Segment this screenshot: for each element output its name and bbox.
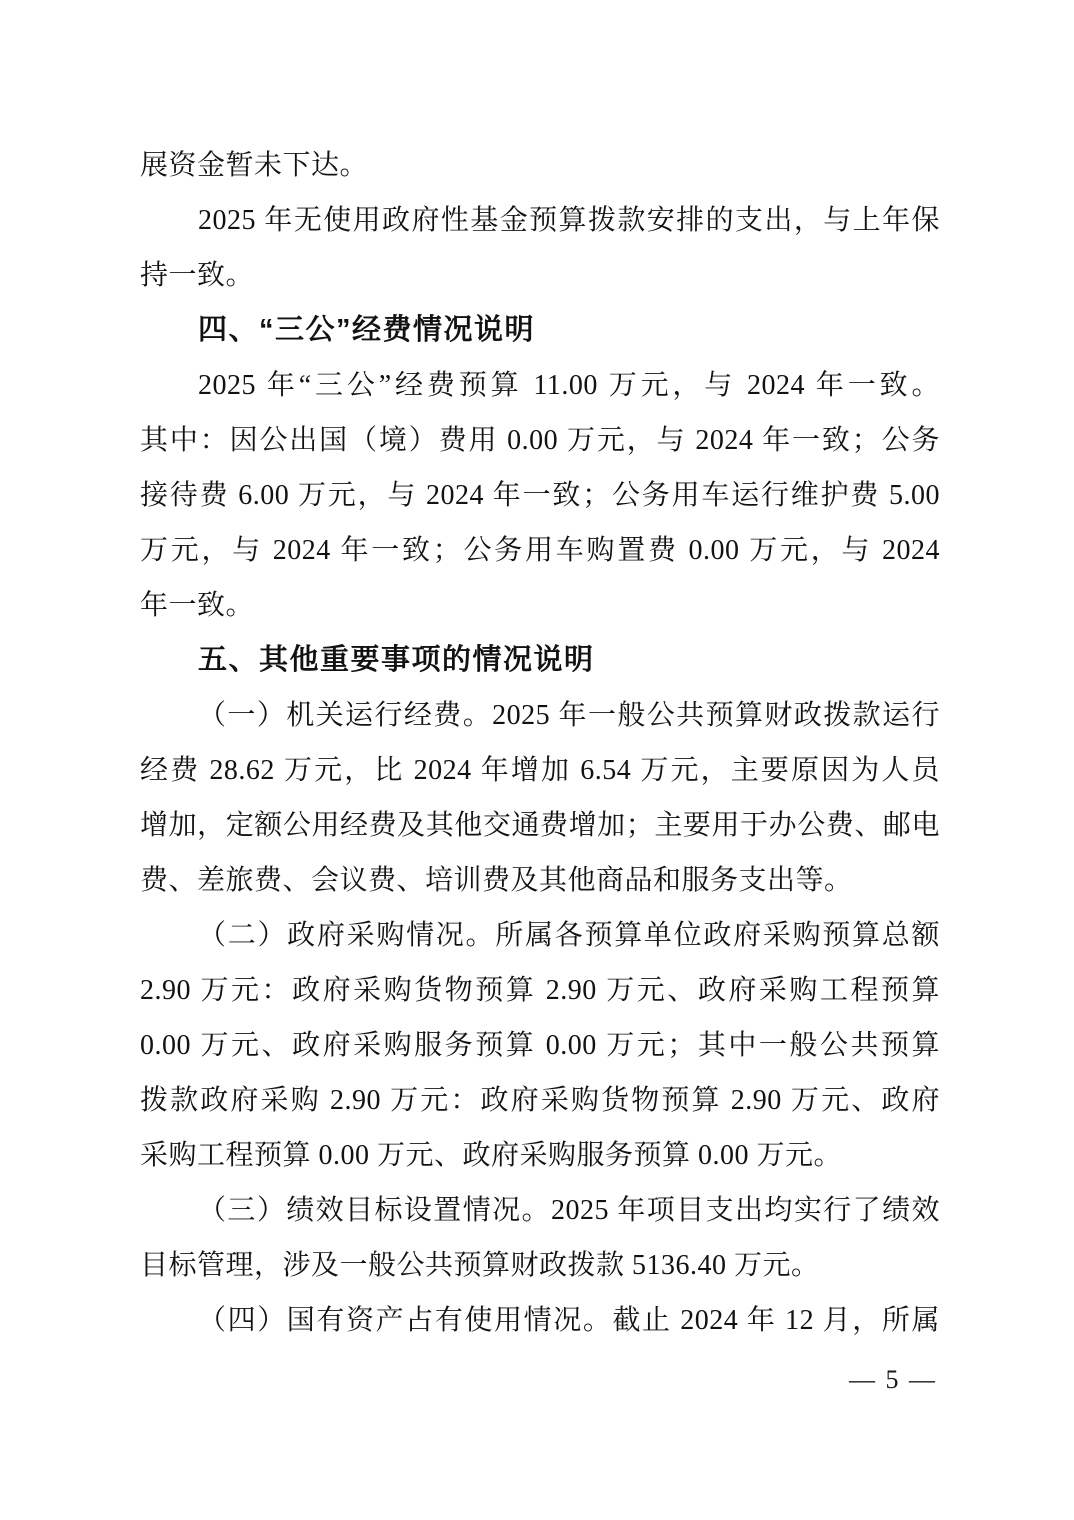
body-line: 持一致。 — [140, 248, 940, 303]
document-body: 展资金暂未下达。 2025 年无使用政府性基金预算拨款安排的支出，与上年保 持一… — [140, 138, 940, 1348]
body-line: （四）国有资产占有使用情况。截止 2024 年 12 月，所属 — [140, 1293, 940, 1348]
body-line: 年一致。 — [140, 578, 940, 633]
body-line: 拨款政府采购 2.90 万元：政府采购货物预算 2.90 万元、政府 — [140, 1073, 940, 1128]
document-page: 展资金暂未下达。 2025 年无使用政府性基金预算拨款安排的支出，与上年保 持一… — [0, 0, 1074, 1520]
page-number: — 5 — — [849, 1362, 937, 1398]
body-line: 目标管理，涉及一般公共预算财政拨款 5136.40 万元。 — [140, 1238, 940, 1293]
body-line: 2025 年无使用政府性基金预算拨款安排的支出，与上年保 — [140, 193, 940, 248]
body-line: （三）绩效目标设置情况。2025 年项目支出均实行了绩效 — [140, 1183, 940, 1238]
body-line: （二）政府采购情况。所属各预算单位政府采购预算总额 — [140, 908, 940, 963]
section-heading-other-items: 五、其他重要事项的情况说明 — [140, 633, 940, 688]
body-line: 经费 28.62 万元，比 2024 年增加 6.54 万元，主要原因为人员 — [140, 743, 940, 798]
body-line: 增加，定额公用经费及其他交通费增加；主要用于办公费、邮电 — [140, 798, 940, 853]
body-line: （一）机关运行经费。2025 年一般公共预算财政拨款运行 — [140, 688, 940, 743]
section-heading-san-gong: 四、“三公”经费情况说明 — [140, 303, 940, 358]
body-line: 采购工程预算 0.00 万元、政府采购服务预算 0.00 万元。 — [140, 1128, 940, 1183]
body-line: 接待费 6.00 万元，与 2024 年一致；公务用车运行维护费 5.00 — [140, 468, 940, 523]
body-line: 2025 年“三公”经费预算 11.00 万元，与 2024 年一致。 — [140, 358, 940, 413]
body-line: 万元，与 2024 年一致；公务用车购置费 0.00 万元，与 2024 — [140, 523, 940, 578]
body-line: 展资金暂未下达。 — [140, 138, 940, 193]
body-line: 费、差旅费、会议费、培训费及其他商品和服务支出等。 — [140, 853, 940, 908]
body-line: 其中：因公出国（境）费用 0.00 万元，与 2024 年一致；公务 — [140, 413, 940, 468]
body-line: 0.00 万元、政府采购服务预算 0.00 万元；其中一般公共预算 — [140, 1018, 940, 1073]
body-line: 2.90 万元：政府采购货物预算 2.90 万元、政府采购工程预算 — [140, 963, 940, 1018]
